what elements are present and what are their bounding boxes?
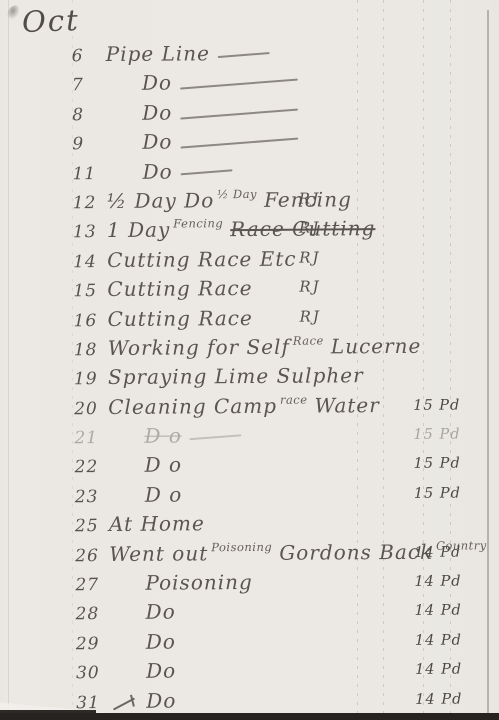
- entry-main: Do: [142, 71, 172, 95]
- day-number: 23: [75, 487, 109, 507]
- entry-main: 1 Day: [107, 218, 171, 242]
- amount-paid: 15 Pd: [414, 485, 461, 501]
- ledger-row: 29Do 14 Pd: [2, 627, 499, 660]
- entry-superscript: Poisoning: [211, 539, 272, 553]
- entry-superscript: ½ Day: [217, 187, 257, 201]
- day-number: 11: [72, 164, 106, 184]
- day-number: 7: [72, 75, 106, 95]
- month-heading: Oct: [21, 3, 80, 39]
- ledger-row: 9Do: [0, 127, 497, 160]
- entry-text: Do: [146, 659, 176, 683]
- amount-paid: 14 Pd: [415, 662, 462, 678]
- entry-tail: Water: [314, 393, 379, 417]
- entry-main: Cutting Race Etc: [107, 246, 297, 271]
- ledger-row: 30Do 14 Pd: [2, 656, 499, 689]
- entry-superscript: race: [280, 392, 308, 406]
- initials-mark: RJ: [299, 189, 320, 207]
- entry-main: ½ Day Do: [107, 188, 215, 213]
- entry-main: At Home: [109, 512, 205, 537]
- day-number: 27: [75, 575, 109, 595]
- ledger-row: 6Pipe Line: [0, 39, 497, 72]
- day-number: 21: [74, 428, 108, 448]
- day-number: 29: [76, 634, 110, 654]
- entry-text: Do: [146, 629, 176, 653]
- entry-text: Do: [146, 688, 176, 712]
- day-number: 8: [72, 105, 106, 125]
- entry-text: Poisoning: [145, 570, 253, 595]
- entry-main: Do: [146, 629, 176, 653]
- entry-main: Do: [142, 130, 172, 154]
- entry-main: Went out: [109, 541, 208, 566]
- entry-text: Cutting Race Etc: [107, 246, 297, 271]
- entry-text: D o: [145, 482, 183, 506]
- pen-flourish: [218, 52, 270, 57]
- ledger-row: 28Do 14 Pd: [2, 598, 499, 631]
- day-number: 13: [73, 222, 107, 242]
- ledger-row: 21D o 15 Pd: [0, 421, 499, 454]
- ledger-row: 20Cleaning CampraceWater 15 Pd: [0, 392, 499, 425]
- entry-text: Do: [142, 129, 298, 154]
- ledger-row: 19Spraying Lime Sulpher: [0, 363, 499, 396]
- amount-paid: 14 Pd: [414, 574, 461, 590]
- entry-tail: Lucerne: [331, 334, 422, 359]
- day-number: 12: [73, 193, 107, 213]
- day-number: 15: [73, 281, 107, 301]
- pen-flourish: [180, 108, 298, 119]
- entry-text: Cutting Race: [107, 305, 252, 330]
- amount-paid: 14 Pd: [415, 632, 462, 648]
- entry-text: Do: [142, 70, 298, 95]
- entry-main: D o: [145, 453, 183, 477]
- entry-main: D o: [145, 482, 183, 506]
- entry-text: At Home: [109, 512, 205, 537]
- entry-text: D o: [144, 423, 242, 448]
- day-number: 20: [74, 399, 108, 419]
- entry-superscript: Fencing: [173, 217, 223, 231]
- amount-paid: 15 Pd: [413, 397, 460, 413]
- entry-main: Poisoning: [145, 570, 253, 595]
- entry-main: Do: [146, 600, 176, 624]
- ledger-row: 23D o 15 Pd: [1, 480, 499, 513]
- day-number: 6: [72, 46, 106, 66]
- entry-text: D o: [145, 453, 183, 477]
- day-number: 25: [75, 516, 109, 536]
- ledger-row: 16Cutting Race RJ: [0, 304, 499, 337]
- amount-paid: 14 Pd: [415, 691, 462, 707]
- initials-mark: RJ: [299, 219, 320, 237]
- day-number: 16: [74, 311, 108, 331]
- entry-main: Cutting Race: [107, 276, 252, 301]
- entry-main: Spraying Lime Sulpher: [108, 364, 364, 390]
- entry-text: Cutting Race: [107, 276, 252, 301]
- ledger-row: 11Do: [0, 157, 498, 190]
- ledger-row: 25At Home: [1, 510, 499, 543]
- day-number: 18: [74, 340, 108, 360]
- amount-paid: 14 Pd: [415, 603, 462, 619]
- entry-tail: Gordons Back: [279, 539, 433, 564]
- entry-main: Do: [146, 659, 176, 683]
- initials-mark: RJ: [299, 307, 320, 325]
- ledger-rows: 6Pipe Line 7Do 8Do 9Do 11Do 12½ Day Do½ …: [0, 39, 499, 718]
- entry-main: Do: [142, 159, 172, 183]
- entry-main: Working for Self: [108, 335, 290, 360]
- day-number: 30: [76, 663, 110, 683]
- entry-main: Cutting Race: [107, 305, 252, 330]
- pen-flourish: [190, 434, 242, 439]
- entry-main: Pipe Line: [106, 41, 210, 66]
- ledger-row: 8Do: [0, 98, 497, 131]
- entry-main: Cleaning Camp: [108, 393, 277, 418]
- entry-main: D o: [144, 424, 182, 448]
- ledger-row: 12½ Day Do½ DayFencing RJ: [0, 186, 498, 219]
- entry-text: 1 DayFencingRace Cutting: [107, 216, 376, 242]
- entry-main: Do: [142, 100, 172, 124]
- ledger-row: 7Do: [0, 69, 497, 102]
- entry-text: Do: [146, 600, 176, 624]
- ledger-row: 18Working for SelfRaceLucerne: [0, 333, 499, 366]
- day-number: 14: [73, 252, 107, 272]
- ledger-row: 26Went outPoisoningGordons BackCountry 1…: [1, 539, 499, 572]
- day-number: 9: [72, 134, 106, 154]
- pen-flourish: [181, 170, 233, 175]
- ledger-row: 131 DayFencingRace Cutting RJ: [0, 216, 498, 249]
- entry-text: Do: [142, 159, 232, 184]
- day-number: 28: [76, 604, 110, 624]
- initials-mark: RJ: [299, 278, 320, 296]
- entry-superscript: Race: [293, 333, 324, 347]
- ledger-row: 22D o 15 Pd: [1, 451, 499, 484]
- day-number: 22: [75, 457, 109, 477]
- initials-mark: RJ: [299, 248, 320, 266]
- ledger-row: 15Cutting Race RJ: [0, 274, 498, 307]
- entry-text: Cleaning CampraceWater: [108, 393, 380, 419]
- ledger-row: 27Poisoning 14 Pd: [1, 568, 499, 601]
- ledger-row: 31Do 14 Pd: [2, 686, 499, 719]
- entry-text: Do: [142, 99, 298, 124]
- pen-flourish: [180, 79, 298, 90]
- day-number: 19: [74, 369, 108, 389]
- entry-text: Spraying Lime Sulpher: [108, 364, 364, 390]
- entry-text: Working for SelfRaceLucerne: [108, 334, 422, 360]
- entry-text: Pipe Line: [106, 41, 270, 66]
- entry-main: Do: [146, 688, 176, 712]
- amount-paid: 15 Pd: [414, 456, 461, 472]
- ledger-row: 14Cutting Race Etc RJ: [0, 245, 498, 278]
- amount-paid: 14 Pd: [414, 544, 461, 560]
- pen-flourish: [181, 137, 299, 148]
- day-number: 26: [75, 546, 109, 566]
- amount-paid: 15 Pd: [413, 427, 460, 443]
- day-number: 31: [76, 693, 110, 713]
